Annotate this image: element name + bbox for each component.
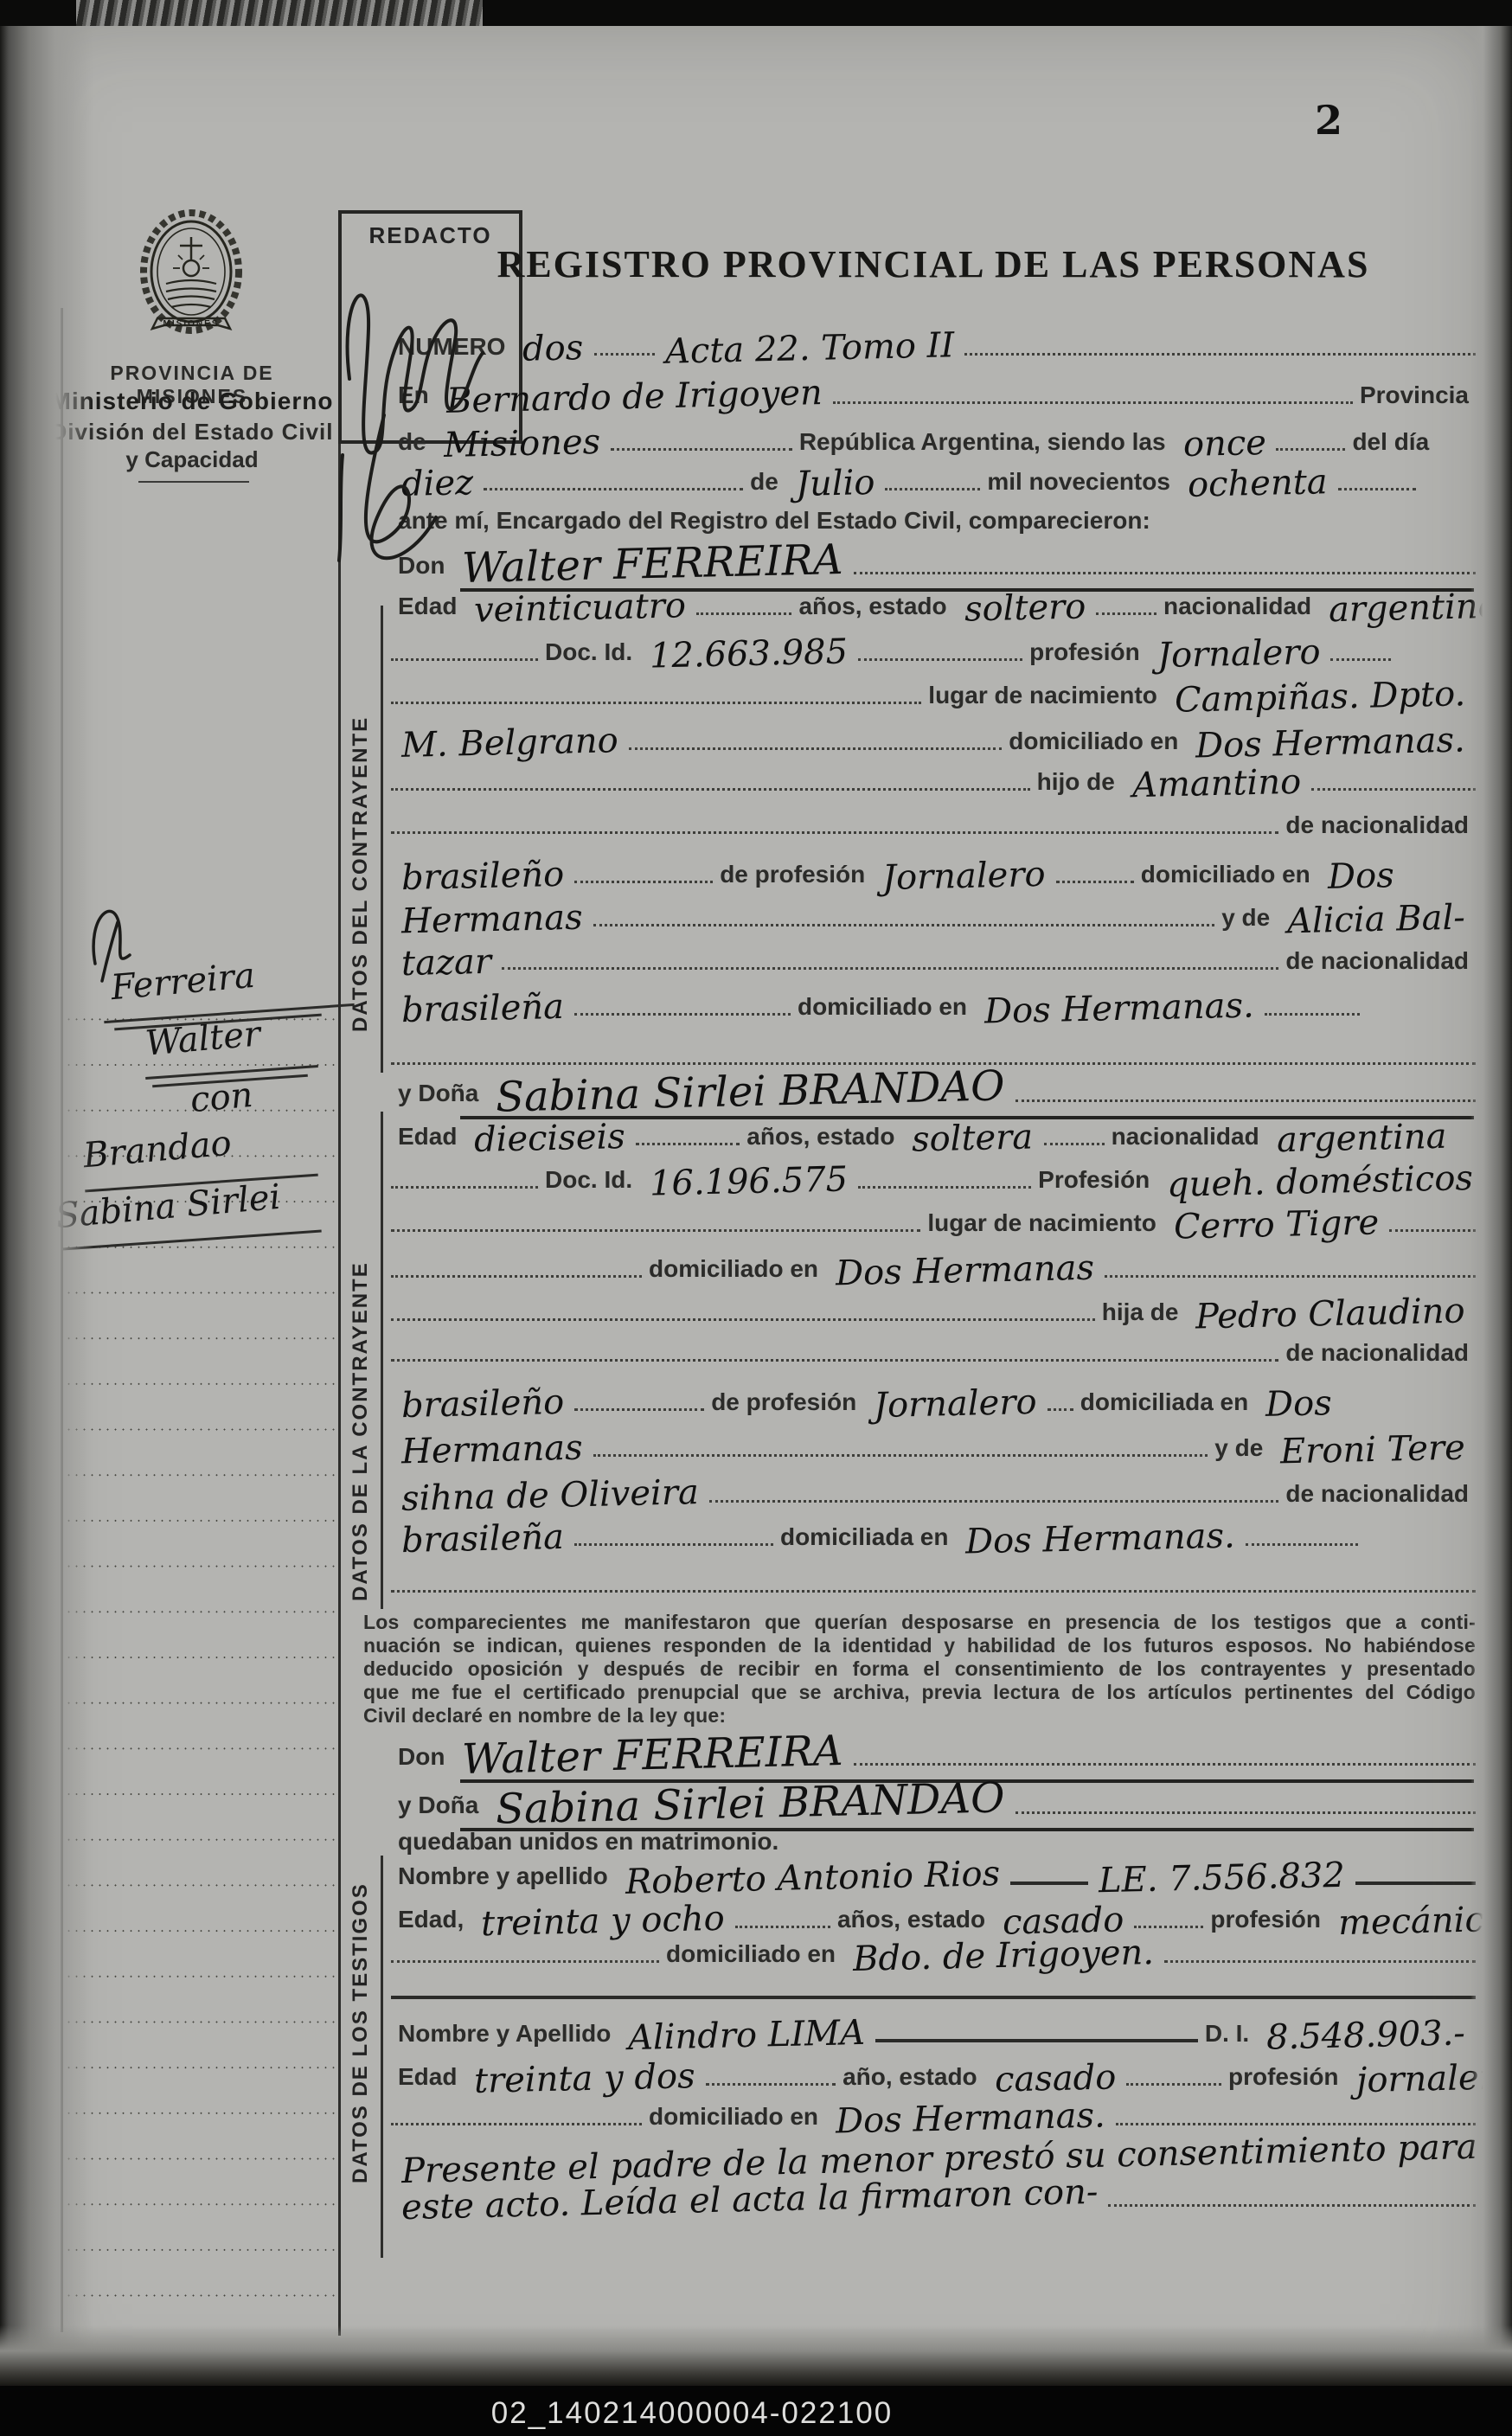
form-row-29: DonWalter FERREIRA [391, 1726, 1476, 1771]
dotted-line [391, 831, 1278, 834]
form-row-36: Nombre y ApellidoAlindro LIMAD. I.8.548.… [391, 2003, 1476, 2048]
printed-label: Provincia [1360, 383, 1469, 407]
dotted-line [858, 1186, 1031, 1189]
dotted-line [391, 788, 1030, 791]
section-label-groom: DATOS DEL CONTRAYENTE [341, 718, 381, 1029]
form-row-20: lugar de nacimientoCerro Tigre [391, 1192, 1476, 1237]
printed-label: domiciliado en [1009, 729, 1178, 753]
form-row-15: brasileñadomiciliado enDos Hermanas. [391, 976, 1476, 1021]
dotted-line [391, 1318, 1095, 1321]
printed-label: nacionalidad [1112, 1125, 1259, 1149]
form-row-28 [391, 1553, 1476, 1598]
printed-label: hijo de [1037, 770, 1115, 794]
dotted-line [1056, 881, 1134, 883]
dotted-line [593, 1454, 1208, 1457]
form-row-7: Doc. Id.12.663.985profesiónJornalero [391, 621, 1476, 666]
form-row-17: y DoñaSabina Sirlei BRANDAO [391, 1062, 1476, 1107]
page-right-edge [1470, 0, 1512, 2436]
form-row-21: domiciliado enDos Hermanas [391, 1238, 1476, 1283]
dotted-line [574, 881, 713, 883]
dotted-line [858, 658, 1022, 661]
printed-label: y de [1221, 906, 1270, 930]
form-row-19: Doc. Id.16.196.575Profesiónqueh. domésti… [391, 1149, 1476, 1194]
certification-paragraph: Los comparecientes me manifestaron que q… [363, 1611, 1476, 1728]
dotted-line [1330, 658, 1391, 661]
dotted-line [391, 1996, 1476, 1999]
dotted-line [391, 1359, 1278, 1362]
printed-label: de nacionalidad [1285, 1482, 1469, 1506]
printed-label: domiciliado en [1141, 862, 1310, 887]
dotted-line [629, 747, 1003, 750]
form-row-10: hijo deAmantino [391, 751, 1476, 796]
dotted-line [574, 1013, 791, 1016]
label-column-rule-1 [381, 606, 383, 1073]
label-column-rule-2 [381, 1112, 383, 1609]
printed-label: de profesión [720, 862, 865, 887]
form-row-2: deMisionesRepública Argentina, siendo la… [391, 411, 1476, 456]
misiones-seal: MISIONES [128, 208, 254, 344]
printed-label: años, estado [746, 1125, 894, 1149]
form-row-12: brasileñode profesiónJornalerodomiciliad… [391, 843, 1476, 888]
printed-label: Doc. Id. [545, 640, 632, 664]
form-row-35 [391, 1959, 1476, 2004]
dotted-line [833, 401, 1353, 404]
section-label-bride: DATOS DE LA CONTRAYENTE [341, 1246, 381, 1618]
printed-label: y de [1214, 1436, 1263, 1460]
form-row-40: este acto. Leída el acta la firmaron con… [391, 2167, 1476, 2212]
dotted-line [1116, 2123, 1476, 2125]
dotted-line [875, 2039, 1198, 2042]
handwritten-entry: Dos Hermanas. [984, 988, 1255, 1029]
page-bottom-shadow [0, 2325, 1512, 2389]
dotted-line [1044, 1143, 1105, 1145]
printed-label: años, estado [798, 594, 946, 619]
registrar-signature-icon [304, 232, 547, 604]
dotted-line [1265, 1013, 1360, 1016]
printed-label: domiciliada en [780, 1525, 949, 1549]
form-row-37: Edadtreinta y dosaño, estadocasadoprofes… [391, 2046, 1476, 2091]
handwritten-entry: Acta 22. Tomo II [664, 328, 954, 369]
printed-label: de nacionalidad [1285, 1341, 1469, 1365]
archive-code: 02_140214000004-022100 [0, 2396, 1384, 2431]
dotted-line [854, 1763, 1476, 1766]
printed-label: domiciliado en [649, 1257, 818, 1281]
dotted-line [391, 1186, 538, 1189]
dotted-line [574, 1408, 704, 1411]
dotted-line [854, 572, 1476, 574]
printed-label: profesión [1029, 640, 1140, 664]
form-row-4: ante mí, Encargado del Registro del Esta… [391, 490, 1476, 535]
dotted-line [1355, 1881, 1476, 1885]
form-row-9: M. Belgranodomiciliado enDos Hermanas. [391, 710, 1476, 755]
dotted-line [594, 353, 655, 356]
dotted-line [1389, 1229, 1476, 1232]
paragraph-line-5: Civil declaré en nombre de la ley que: [363, 1704, 1476, 1728]
form-row-8: lugar de nacimientoCampiñas. Dpto. [391, 664, 1476, 709]
printed-label: de nacionalidad [1285, 949, 1469, 973]
scanned-civil-registry-page: 02_140214000004-022100 2 MISIONES PROVIN… [0, 0, 1512, 2436]
printed-label: de nacionalidad [1285, 813, 1469, 837]
paragraph-line-2: nuación se indican, quienes responden de… [363, 1634, 1476, 1657]
printed-label: Nombre y apellido [398, 1864, 608, 1888]
label-column-rule-3 [381, 1856, 383, 2258]
form-row-38: domiciliado enDos Hermanas. [391, 2086, 1476, 2131]
paragraph-line-1: Los comparecientes me manifestaron que q… [363, 1611, 1476, 1634]
form-row-23: de nacionalidad [391, 1322, 1476, 1367]
printed-label: hija de [1102, 1300, 1179, 1324]
handwritten-entry: Walter FERREIRA [462, 1730, 843, 1780]
dotted-line [1105, 1275, 1476, 1278]
paragraph-line-4: que me fue el certificado prenupcial que… [363, 1681, 1476, 1704]
form-row-18: Edaddieciseisaños, estadosolteranacional… [391, 1106, 1476, 1151]
handwritten-entry: brasileña [401, 990, 565, 1028]
printed-label: domiciliada en [1080, 1390, 1249, 1414]
dotted-line [391, 1590, 1476, 1593]
printed-label: de profesión [711, 1390, 856, 1414]
printed-label: domiciliado en [649, 2105, 818, 2129]
svg-text:MISIONES: MISIONES [163, 319, 220, 329]
printed-label: domiciliado en [798, 995, 967, 1019]
form-area: NUMEROdosActa 22. Tomo IIEnBernardo de I… [391, 0, 1476, 2436]
form-row-25: Hermanasy deEroni Tere [391, 1417, 1476, 1462]
dotted-line [709, 1500, 1279, 1503]
dotted-line [696, 612, 791, 615]
dotted-line [391, 1229, 920, 1232]
dotted-line [1010, 1881, 1088, 1885]
form-row-32: Nombre y apellidoRoberto Antonio RiosLE.… [391, 1845, 1476, 1890]
printed-label: lugar de nacimiento [928, 683, 1157, 708]
form-row-5: DonWalter FERREIRA [391, 535, 1476, 580]
form-row-22: hija dePedro Claudino [391, 1281, 1476, 1326]
dotted-line [1096, 612, 1156, 615]
dotted-line [636, 1143, 740, 1145]
dotted-line [502, 967, 1278, 970]
printed-label: Don [398, 1745, 445, 1769]
form-row-13: Hermanasy deAlicia Bal- [391, 887, 1476, 932]
printed-label: lugar de nacimiento [927, 1211, 1156, 1235]
dotted-line [574, 1543, 773, 1546]
dotted-line [1108, 2204, 1476, 2207]
handwritten-entry: este acto. Leída el acta la firmaron con… [401, 2175, 1099, 2225]
paragraph-line-3: deducido oposición y después de recibir … [363, 1657, 1476, 1681]
form-row-0: NUMEROdosActa 22. Tomo II [391, 316, 1476, 361]
section-label-witnesses: DATOS DE LOS TESTIGOS [341, 1869, 381, 2197]
dotted-line [1311, 788, 1476, 791]
form-row-24: brasileñode profesiónJornalerodomiciliad… [391, 1371, 1476, 1416]
form-row-1: EnBernardo de IrigoyenProvincia [391, 364, 1476, 409]
dotted-line [391, 1275, 642, 1278]
printed-label: Nombre y Apellido [398, 2022, 611, 2046]
form-row-11: de nacionalidad [391, 794, 1476, 839]
dotted-line [1048, 1408, 1073, 1411]
form-row-39: Presente el padre de la menor prestó su … [391, 2126, 1476, 2171]
printed-label: Doc. Id. [545, 1168, 632, 1192]
book-spine-shadow [0, 0, 95, 2436]
form-row-6: Edadveinticuatroaños, estadosolteronacio… [391, 575, 1476, 620]
dotted-line [391, 658, 538, 661]
printed-label: Profesión [1038, 1168, 1150, 1192]
dotted-line [391, 702, 921, 704]
dotted-line [593, 924, 1215, 926]
printed-label: Edad [398, 1125, 457, 1149]
dotted-line [1015, 1099, 1476, 1102]
printed-label: D. I. [1205, 2022, 1249, 2046]
dotted-line [1246, 1543, 1358, 1546]
letterhead-divider [138, 481, 249, 483]
page-stack-edge [76, 0, 483, 26]
form-row-26: sihna de Oliveirade nacionalidad [391, 1463, 1476, 1508]
dotted-line [391, 2123, 642, 2125]
printed-label: y Doña [398, 1081, 478, 1106]
form-row-14: tazarde nacionalidad [391, 930, 1476, 975]
form-row-27: brasileñadomiciliada enDos Hermanas. [391, 1506, 1476, 1551]
printed-label: nacionalidad [1163, 594, 1311, 619]
dotted-line [964, 353, 1476, 356]
